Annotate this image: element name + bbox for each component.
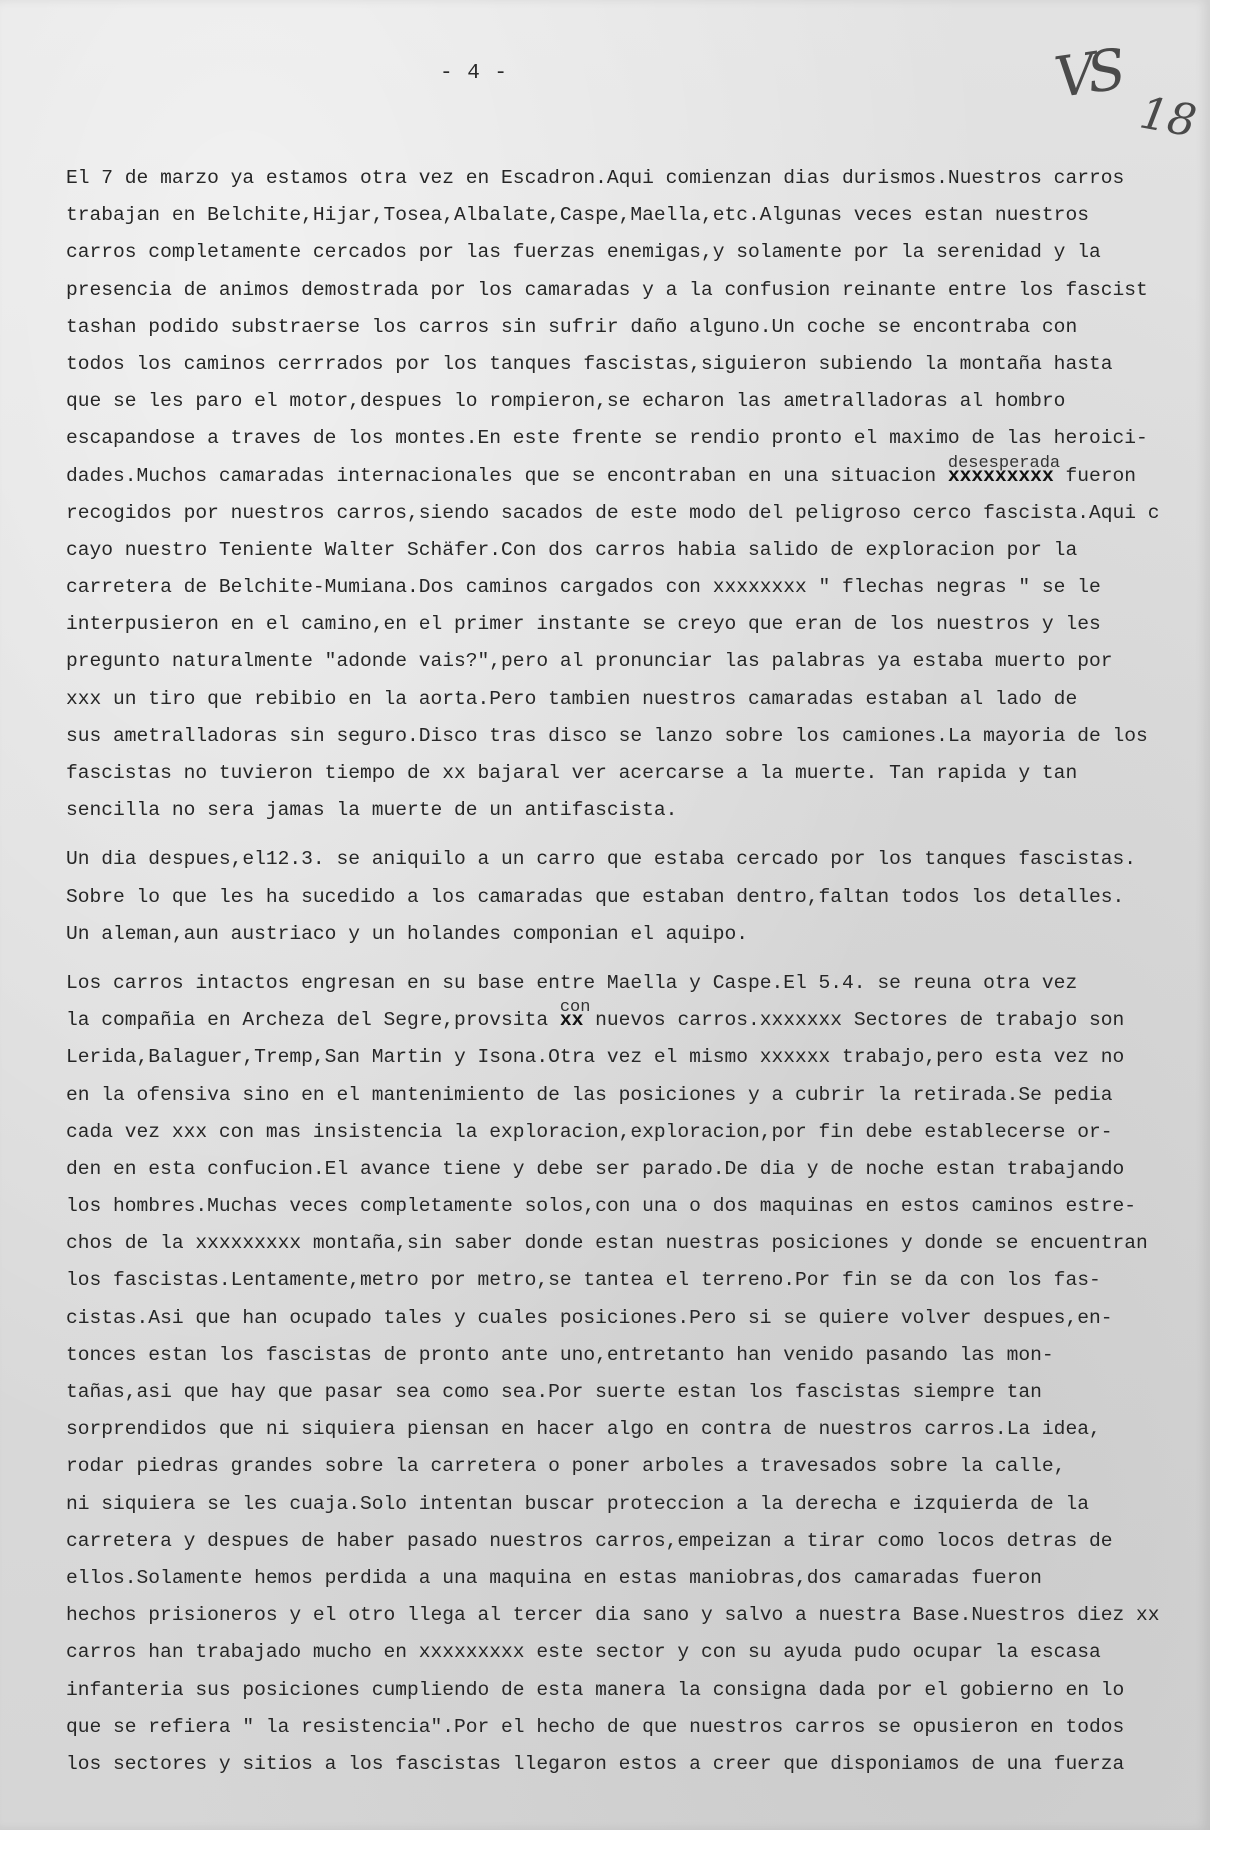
text-line: en la ofensiva sino en el mantenimiento …: [66, 1077, 1216, 1114]
text-line: ni siquiera se les cuaja.Solo intentan b…: [66, 1486, 1216, 1523]
text-line: Los carros intactos engresan en su base …: [66, 965, 1216, 1002]
interlinear-correction: desesperada: [948, 445, 1060, 482]
text-line: interpusieron en el camino,en el primer …: [66, 606, 1216, 643]
text-line: ellos.Solamente hemos perdida a una maqu…: [66, 1560, 1216, 1597]
text-line: xxx un tiro que rebibio en la aorta.Pero…: [66, 681, 1216, 718]
paragraph-gap: [66, 953, 1216, 965]
text-line: sus ametralladoras sin seguro.Disco tras…: [66, 718, 1216, 755]
text-line: presencia de animos demostrada por los c…: [66, 272, 1216, 309]
text-line: rodar piedras grandes sobre la carretera…: [66, 1448, 1216, 1485]
text-line: trabajan en Belchite,Hijar,Tosea,Albalat…: [66, 197, 1216, 234]
text-line: pregunto naturalmente "adonde vais?",per…: [66, 643, 1216, 680]
paragraph: El 7 de marzo ya estamos otra vez en Esc…: [66, 160, 1216, 829]
document-body: El 7 de marzo ya estamos otra vez en Esc…: [66, 160, 1216, 1783]
text-line: la compañia en Archeza del Segre,provsit…: [66, 1002, 1216, 1039]
interlinear-correction: con: [560, 989, 591, 1026]
text-line: tonces estan los fascistas de pronto ant…: [66, 1337, 1216, 1374]
text-line: cayo nuestro Teniente Walter Schäfer.Con…: [66, 532, 1216, 569]
text-line: los sectores y sitios a los fascistas ll…: [66, 1746, 1216, 1783]
page-number: - 4 -: [440, 62, 508, 85]
paragraph: Los carros intactos engresan en su base …: [66, 965, 1216, 1783]
typewritten-page: - 4 - VS 18 El 7 de marzo ya estamos otr…: [0, 0, 1210, 1830]
text-line: den en esta confucion.El avance tiene y …: [66, 1151, 1216, 1188]
paragraph-gap: [66, 829, 1216, 841]
text-line: chos de la xxxxxxxxx montaña,sin saber d…: [66, 1225, 1216, 1262]
text-line: infanteria sus posiciones cumpliendo de …: [66, 1672, 1216, 1709]
handwritten-annotation-folio: 18: [1136, 88, 1200, 148]
text-line: fascistas no tuvieron tiempo de xx bajar…: [66, 755, 1216, 792]
text-line: recogidos por nuestros carros,siendo sac…: [66, 495, 1216, 532]
text-line: tañas,asi que hay que pasar sea como sea…: [66, 1374, 1216, 1411]
text-line: cada vez xxx con mas insistencia la expl…: [66, 1114, 1216, 1151]
text-line: carros completamente cercados por las fu…: [66, 234, 1216, 271]
text-line: todos los caminos cerrrados por los tanq…: [66, 346, 1216, 383]
text-line: los hombres.Muchas veces completamente s…: [66, 1188, 1216, 1225]
text-line: sorprendidos que ni siquiera piensan en …: [66, 1411, 1216, 1448]
paragraph: Un dia despues,el12.3. se aniquilo a un …: [66, 841, 1216, 953]
text-line: El 7 de marzo ya estamos otra vez en Esc…: [66, 160, 1216, 197]
text-line: dades.Muchos camaradas internacionales q…: [66, 458, 1216, 495]
handwritten-annotation-initials: VS: [1051, 38, 1122, 111]
text-line: carros han trabajado mucho en xxxxxxxxx …: [66, 1634, 1216, 1671]
text-line: Lerida,Balaguer,Tremp,San Martin y Isona…: [66, 1039, 1216, 1076]
text-line: Sobre lo que les ha sucedido a los camar…: [66, 879, 1216, 916]
text-line: los fascistas.Lentamente,metro por metro…: [66, 1262, 1216, 1299]
text-line: Un dia despues,el12.3. se aniquilo a un …: [66, 841, 1216, 878]
text-line: cistas.Asi que han ocupado tales y cuale…: [66, 1300, 1216, 1337]
text-line: tashan podido substraerse los carros sin…: [66, 309, 1216, 346]
text-line: Un aleman,aun austriaco y un holandes co…: [66, 916, 1216, 953]
text-line: que se refiera " la resistencia".Por el …: [66, 1709, 1216, 1746]
text-line: carretera y despues de haber pasado nues…: [66, 1523, 1216, 1560]
text-line: sencilla no sera jamas la muerte de un a…: [66, 792, 1216, 829]
text-line: carretera de Belchite-Mumiana.Dos camino…: [66, 569, 1216, 606]
text-line: hechos prisioneros y el otro llega al te…: [66, 1597, 1216, 1634]
text-line: que se les paro el motor,despues lo romp…: [66, 383, 1216, 420]
